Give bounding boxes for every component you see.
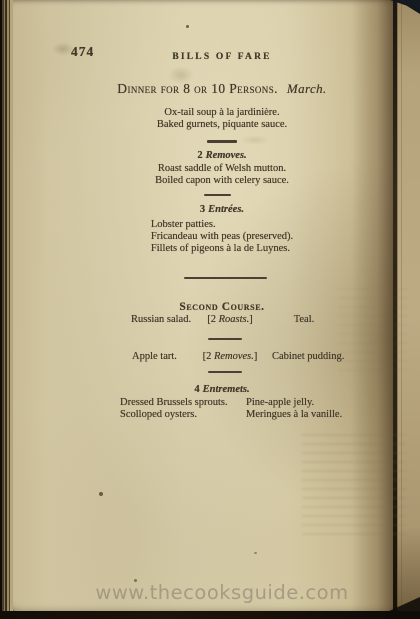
menu-item: Ox-tail soup à la jardinière. xyxy=(24,107,420,119)
entrees-word: Entrées. xyxy=(208,204,244,215)
removes-word: Removes. xyxy=(214,351,254,362)
left-page-edges xyxy=(0,0,13,619)
course-divider xyxy=(184,277,267,279)
removes-heading: 2Removes. xyxy=(24,150,420,162)
menu-item: Cabinet pudding. xyxy=(272,351,344,363)
second-course-heading: Second Course. xyxy=(24,301,420,313)
section-divider xyxy=(204,194,231,196)
entremets-left-column: Dressed Brussels sprouts. Scolloped oyst… xyxy=(120,397,228,420)
first-course-items: Ox-tail soup à la jardinière. Baked gurn… xyxy=(24,107,420,131)
bottom-dark-edge xyxy=(0,611,420,619)
menu-item: Lobster patties. xyxy=(151,219,293,231)
menu-item: Fillets of pigeons à la de Luynes. xyxy=(151,243,293,255)
entremets-heading: 4Entremets. xyxy=(24,384,420,396)
menu-item: Pine-apple jelly. xyxy=(246,397,342,409)
bracket-open: [2 xyxy=(207,314,218,325)
menu-item: Boiled capon with celery sauce. xyxy=(24,175,420,187)
menu-item: Meringues à la vanille. xyxy=(246,409,342,421)
row-divider xyxy=(208,371,242,373)
removes-items: Roast saddle of Welsh mutton. Boiled cap… xyxy=(24,163,420,187)
entremets-word: Entremets. xyxy=(203,384,250,395)
menu-item: Fricandeau with peas (preserved). xyxy=(151,231,293,243)
menu-item: Apple tart. xyxy=(132,351,177,363)
menu-title-main: Dinner for 8 or 10 Persons. xyxy=(117,81,278,96)
menu-item: Dressed Brussels sprouts. xyxy=(120,397,228,409)
removes-note: [2 Removes.] xyxy=(180,351,280,363)
bracket-open: [2 xyxy=(203,351,214,362)
entrees-count: 3 xyxy=(200,204,205,215)
verso-showthrough xyxy=(302,434,406,538)
removes-count: 2 xyxy=(197,150,202,161)
menu-title: Dinner for 8 or 10 Persons.March. xyxy=(24,83,420,95)
roasts-word: Roasts. xyxy=(219,314,250,325)
bracket-close: ] xyxy=(254,351,258,362)
entrees-items: Lobster patties. Fricandeau with peas (p… xyxy=(24,219,420,255)
menu-title-month: March. xyxy=(287,81,327,96)
roasts-note: [2 Roasts.] xyxy=(180,314,280,326)
entremets-count: 4 xyxy=(194,384,199,395)
section-divider xyxy=(207,140,237,143)
bracket-close: ] xyxy=(249,314,253,325)
site-watermark: www.thecooksguide.com xyxy=(24,587,420,599)
scanned-book-photo: 474 BILLS OF FARE Dinner for 8 or 10 Per… xyxy=(0,0,420,619)
menu-item: Teal. xyxy=(282,314,326,326)
menu-item: Scolloped oysters. xyxy=(120,409,228,421)
menu-item: Roast saddle of Welsh mutton. xyxy=(24,163,420,175)
menu-item: Baked gurnets, piquante sauce. xyxy=(24,119,420,131)
entremets-right-column: Pine-apple jelly. Meringues à la vanille… xyxy=(246,397,342,420)
row-divider xyxy=(208,338,242,340)
running-header: BILLS OF FARE xyxy=(24,51,420,63)
removes-word: Removes. xyxy=(206,150,247,161)
entrees-heading: 3Entrées. xyxy=(24,204,420,216)
